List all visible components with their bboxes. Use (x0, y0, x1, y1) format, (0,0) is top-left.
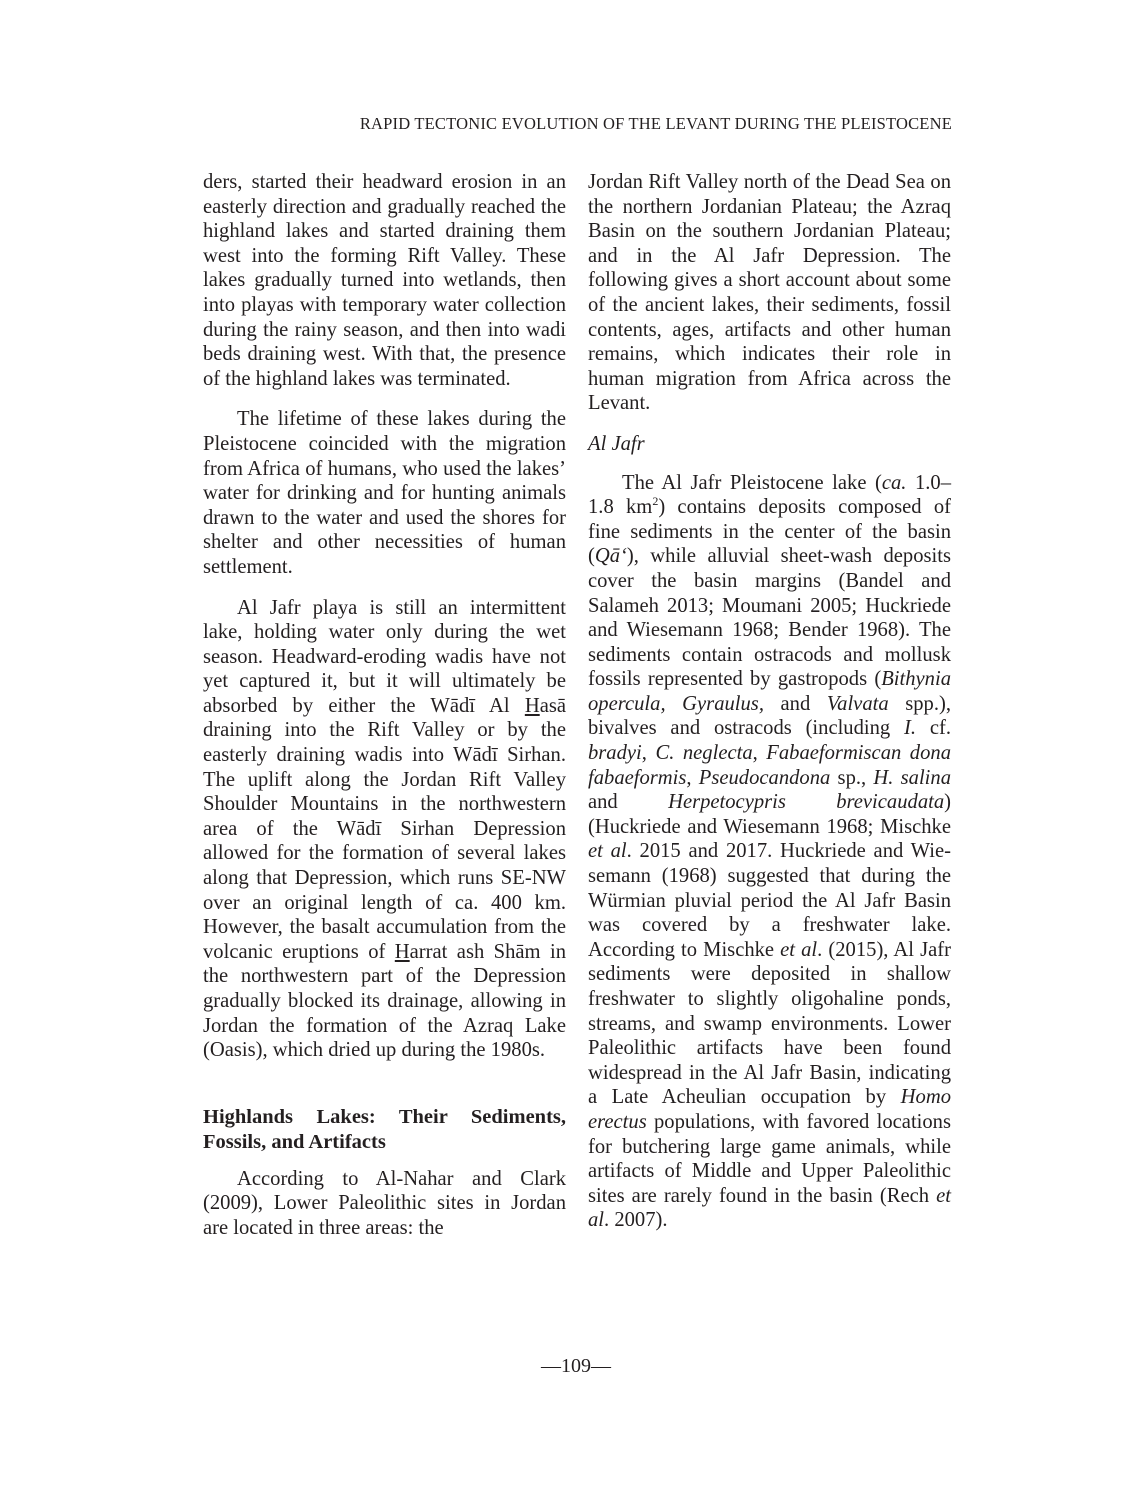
subsection-heading: Al Jafr (588, 432, 951, 457)
paragraph: The Al Jafr Pleistocene lake (ca. 1.0– 1… (588, 471, 951, 1233)
left-column: ders, started their headward erosion in … (203, 170, 566, 1257)
section-heading: Highlands Lakes: Their Sediments, Fossil… (203, 1105, 566, 1155)
paragraph: Al Jafr playa is still an intermittent l… (203, 596, 566, 1063)
underlined-letter: H (395, 941, 410, 963)
paragraph: The lifetime of these lakes during the P… (203, 407, 566, 579)
underlined-letter: H (525, 695, 540, 717)
running-head: RAPID TECTONIC EVOLUTION OF THE LEVANT D… (200, 114, 952, 134)
paragraph: Jordan Rift Valley north of the Dead Sea… (588, 170, 951, 416)
page-number: —109— (0, 1355, 1126, 1378)
paragraph: According to Al-Nahar and Clark (2009), … (203, 1167, 566, 1241)
paragraph: ders, started their headward erosion in … (203, 170, 566, 391)
right-column: Jordan Rift Valley north of the Dead Sea… (588, 170, 951, 1249)
